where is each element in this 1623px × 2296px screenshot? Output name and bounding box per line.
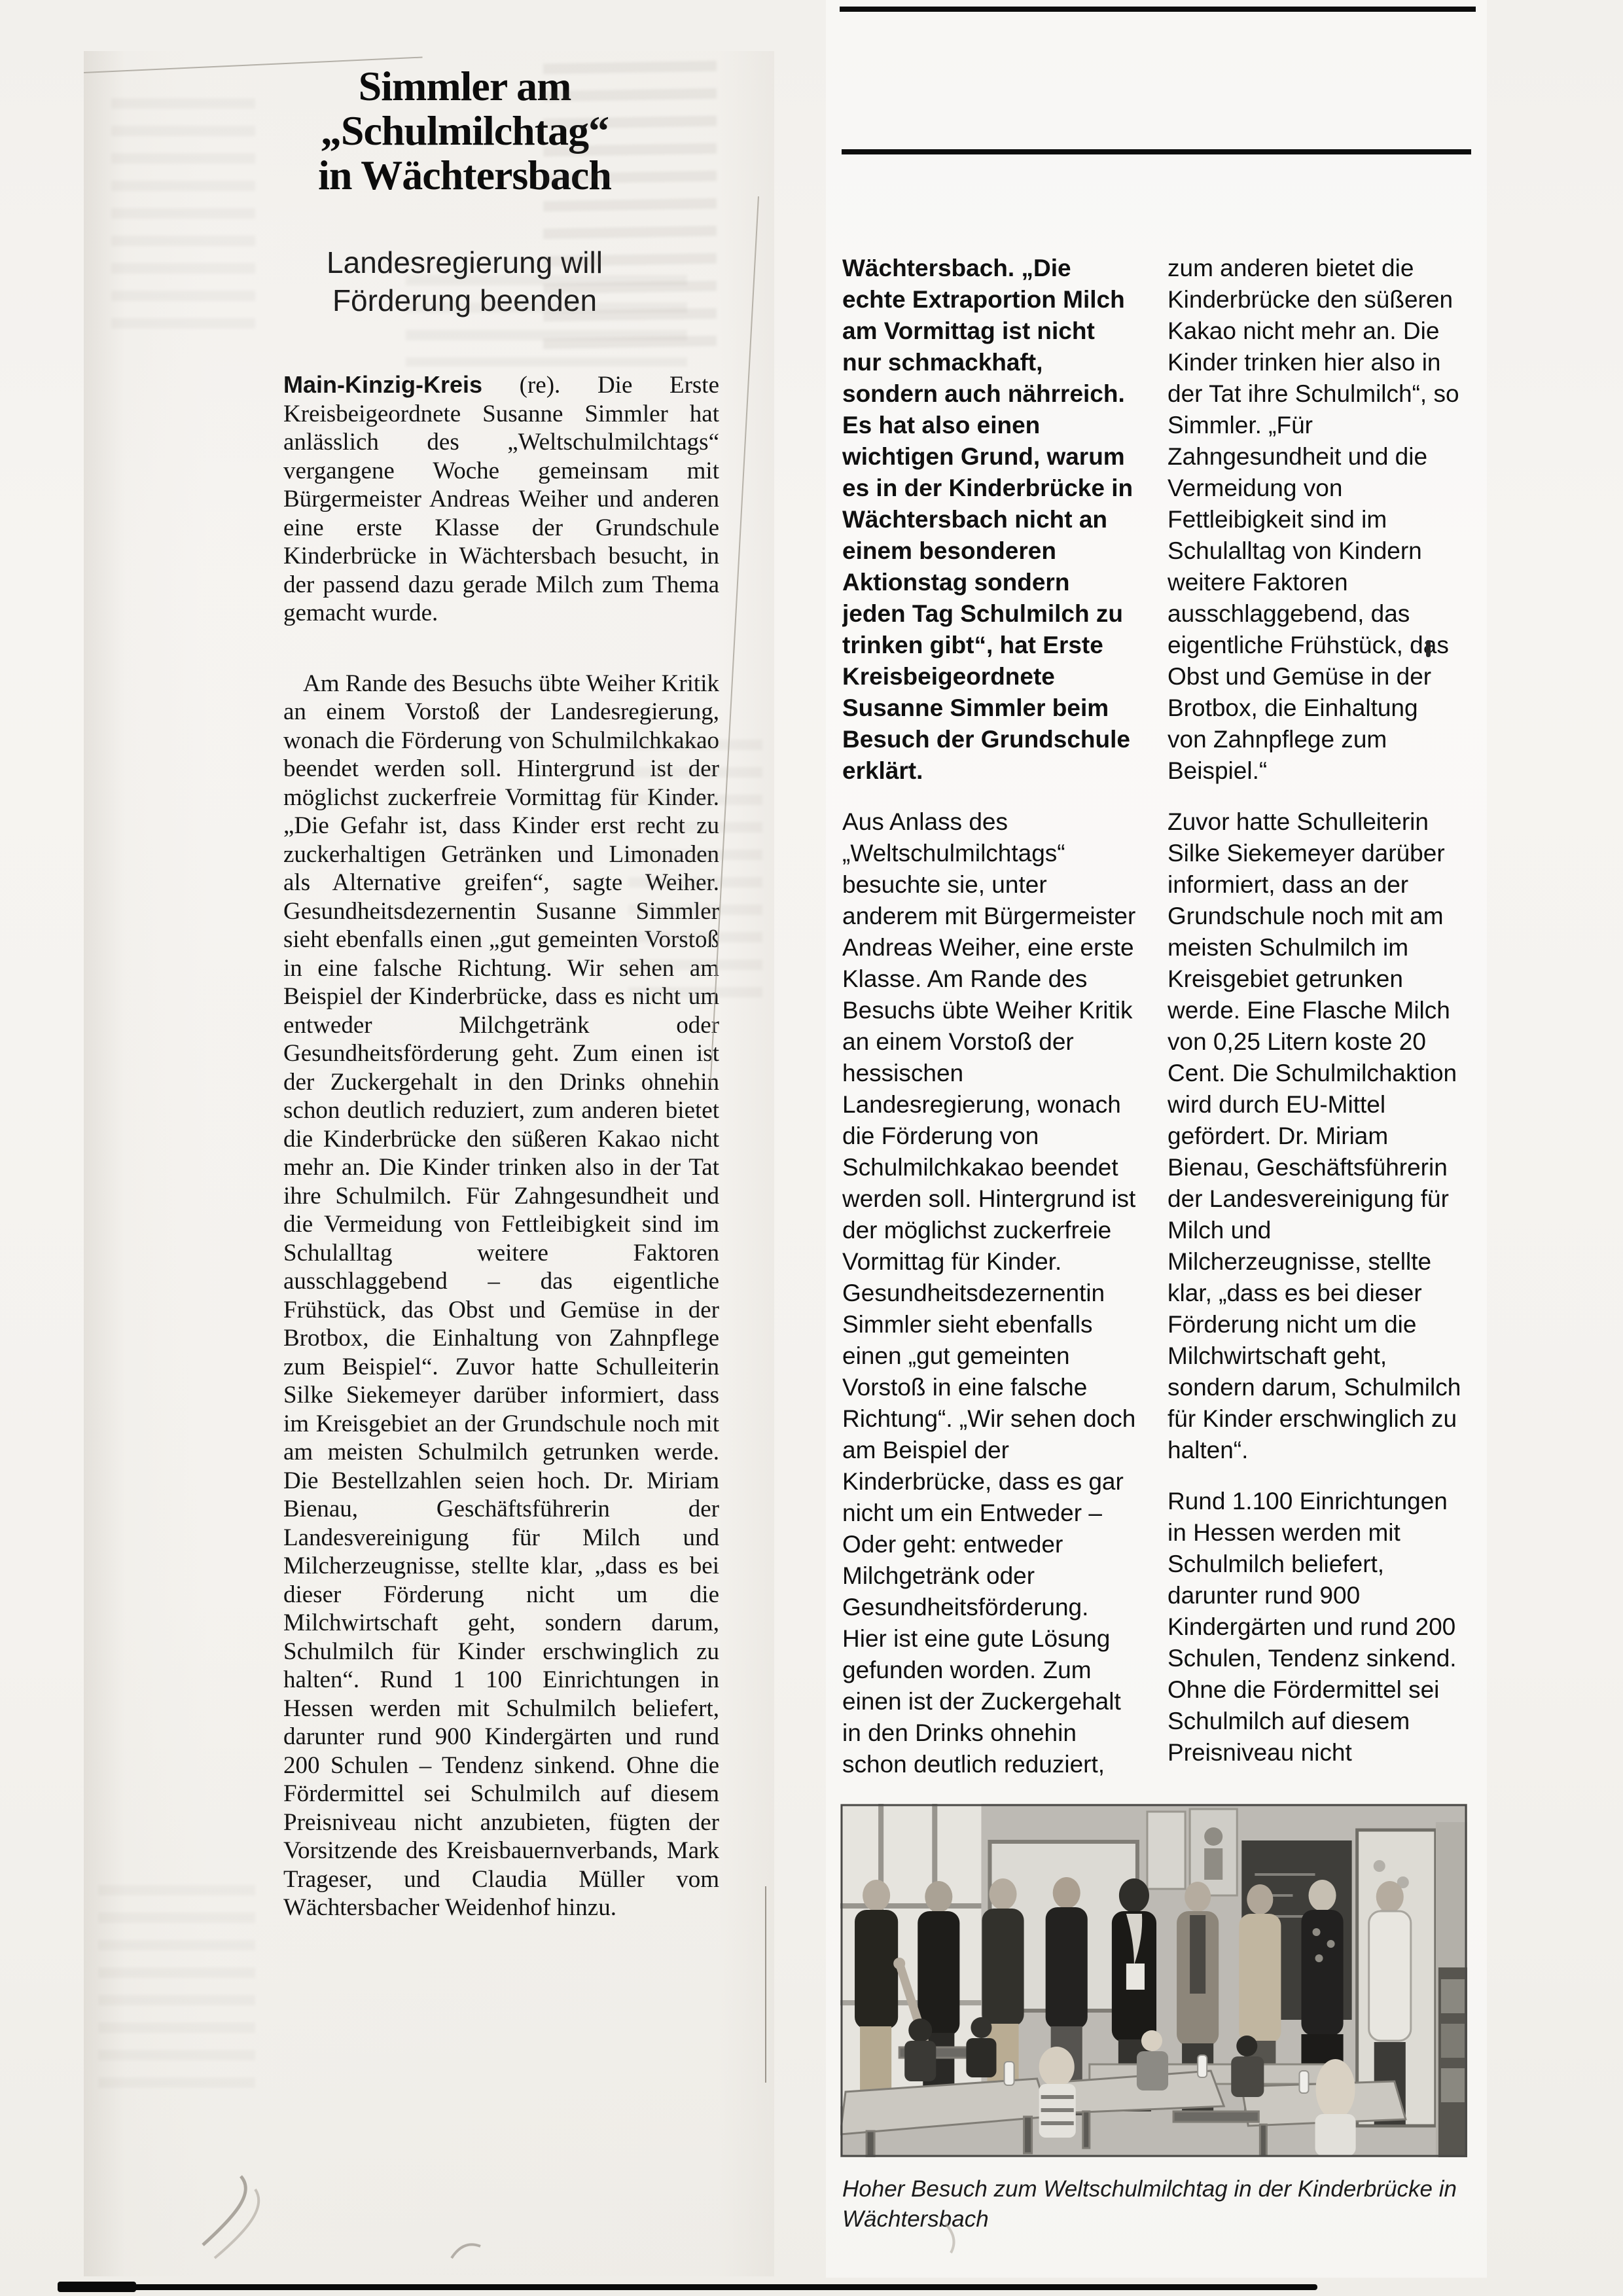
photo-posters (1147, 1809, 1237, 1895)
bleed-through-ghost (628, 740, 762, 1014)
lead-paragraph: Wächtersbach. „Die echte Extraportion Mi… (842, 253, 1137, 787)
ink-mark-right-edge (1426, 640, 1431, 657)
headline-rule (842, 149, 1471, 154)
location-kicker: Main-Kinzig-Kreis (283, 371, 482, 398)
bleed-through-ghost (98, 1885, 255, 2101)
newspaper-scan-page: { "colors": { "paper": "#f4f2ee", "ink":… (0, 0, 1623, 2296)
scanner-edge-bar (58, 2284, 1317, 2290)
byline: (re). (520, 372, 561, 399)
classroom-photo (840, 1804, 1467, 2157)
right-article-body: Wächtersbach. „Die echte Extraportion Mi… (842, 253, 1463, 1795)
classroom-photo-drawing (840, 1804, 1467, 2157)
left-article-paragraph: Main-Kinzig-Kreis (re). Die Erste Kreisb… (283, 370, 719, 628)
paragraph-text: Die Erste Kreisbeigeordnete Susanne Simm… (283, 372, 719, 626)
right-article: Die Milch macht’s Wächtersbach. „Die ech… (825, 0, 1479, 2296)
bleed-through-ghost (111, 98, 255, 334)
clipping-cut-edge-right-lower (765, 1886, 766, 2083)
top-edge-rule (840, 7, 1476, 12)
left-article-body: Main-Kinzig-Kreis (re). Die Erste Kreisb… (283, 370, 719, 1922)
right-article-paragraph: Zuvor hatte Schulleiterin Silke Siekemey… (1168, 806, 1463, 1466)
bleed-through-ghost (406, 275, 687, 367)
scanner-edge-blob (58, 2282, 136, 2292)
crease-marks (164, 2153, 1014, 2284)
